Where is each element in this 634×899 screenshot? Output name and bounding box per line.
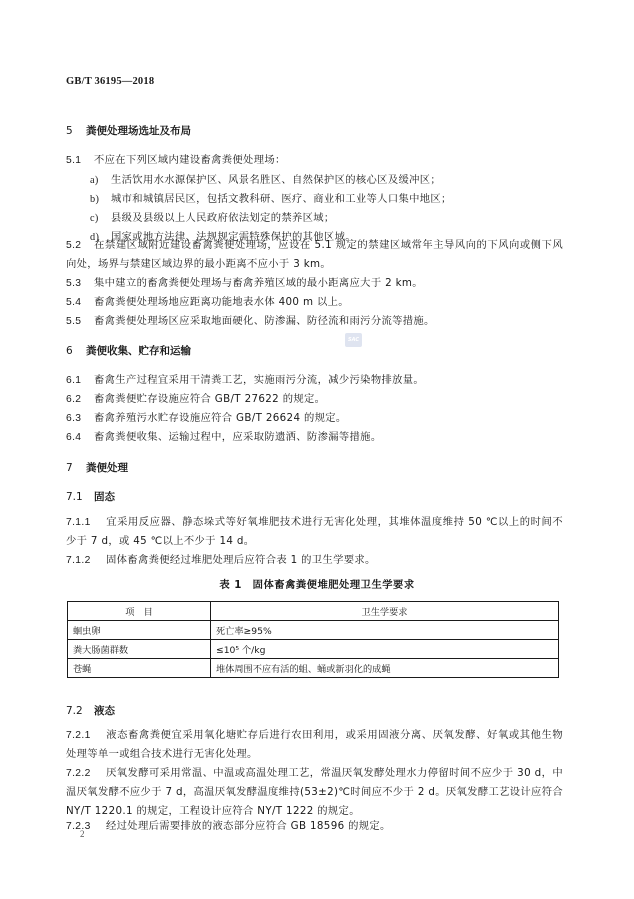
table-cell-item: 粪大肠菌群数 bbox=[68, 640, 211, 659]
clause-number: 7.2.3 bbox=[66, 817, 106, 836]
clause-text: 厌氧发酵可采用常温、中温或高温处理工艺，常温厌氧发酵处理水力停留时间不应少于 3… bbox=[66, 767, 563, 817]
list-text: 生活饮用水水源保护区、风景名胜区、自然保护区的核心区及缓冲区； bbox=[111, 174, 441, 186]
list-label: b) bbox=[90, 194, 111, 205]
table-row: 苍蝇 堆体周围不应有活的蛆、蛹或新羽化的成蝇 bbox=[68, 659, 559, 678]
standard-code-header: GB/T 36195—2018 bbox=[66, 76, 154, 87]
clause-number: 7.1.1 bbox=[66, 513, 106, 532]
list-text: 城市和城镇居民区，包括文教科研、医疗、商业和工业等人口集中地区； bbox=[111, 193, 452, 205]
section-5-heading: 5粪便处理场选址及布局 bbox=[66, 123, 191, 138]
clause-5-5: 5.5畜禽粪便处理场区应采取地面硬化、防渗漏、防径流和雨污分流等措施。 bbox=[66, 312, 435, 331]
clause-text: 畜禽养殖污水贮存设施应符合 GB/T 26624 的规定。 bbox=[94, 412, 347, 424]
section-number: 6 bbox=[66, 345, 86, 357]
list-label: a) bbox=[90, 175, 111, 186]
table-cell-item: 苍蝇 bbox=[68, 659, 211, 678]
clause-number: 7.1.2 bbox=[66, 551, 106, 570]
clause-text: 固体畜禽粪便经过堆肥处理后应符合表 1 的卫生学要求。 bbox=[106, 554, 376, 566]
table-cell-requirement: 堆体周围不应有活的蛆、蛹或新羽化的成蝇 bbox=[211, 659, 559, 678]
clause-text: 畜禽粪便处理场地应距离功能地表水体 400 m 以上。 bbox=[94, 296, 349, 308]
table-header-row: 项 目 卫生学要求 bbox=[68, 602, 559, 621]
clause-text: 畜禽粪便贮存设施应符合 GB/T 27622 的规定。 bbox=[94, 393, 325, 405]
section-title: 粪便处理 bbox=[86, 462, 128, 474]
list-label: c) bbox=[90, 213, 111, 224]
clause-text: 液态畜禽粪便宜采用氧化塘贮存后进行农田利用，或采用固液分离、厌氧发酵、好氧或其他… bbox=[66, 729, 563, 760]
clause-6-3: 6.3畜禽养殖污水贮存设施应符合 GB/T 26624 的规定。 bbox=[66, 409, 347, 428]
clause-text: 畜禽粪便收集、运输过程中，应采取防遗洒、防渗漏等措施。 bbox=[94, 431, 381, 443]
page-number: 2 bbox=[80, 829, 85, 839]
clause-number: 5.2 bbox=[66, 236, 94, 255]
clause-5-2: 5.2在禁建区域附近建设畜禽粪便处理场，应设在 5.1 规定的禁建区域常年主导风… bbox=[66, 236, 563, 274]
clause-text: 畜禽粪便处理场区应采取地面硬化、防渗漏、防径流和雨污分流等措施。 bbox=[94, 315, 435, 327]
clause-6-1: 6.1畜禽生产过程宜采用干清粪工艺，实施雨污分流，减少污染物排放量。 bbox=[66, 371, 424, 390]
section-6-heading: 6粪便收集、贮存和运输 bbox=[66, 343, 191, 358]
clause-7-2-3: 7.2.3经过处理后需要排放的液态部分应符合 GB 18596 的规定。 bbox=[66, 817, 391, 836]
table-cell-requirement: ≤10⁵ 个/kg bbox=[211, 640, 559, 659]
table-row: 粪大肠菌群数 ≤10⁵ 个/kg bbox=[68, 640, 559, 659]
section-title: 粪便处理场选址及布局 bbox=[86, 125, 191, 137]
sac-watermark-logo: SAC bbox=[345, 333, 362, 347]
subsection-7-2-heading: 7.2液态 bbox=[66, 703, 115, 718]
clause-number: 6.3 bbox=[66, 409, 94, 428]
clause-text: 在禁建区域附近建设畜禽粪便处理场，应设在 5.1 规定的禁建区域常年主导风向的下… bbox=[66, 239, 563, 270]
clause-number: 5.5 bbox=[66, 312, 94, 331]
clause-7-2-2: 7.2.2厌氧发酵可采用常温、中温或高温处理工艺，常温厌氧发酵处理水力停留时间不… bbox=[66, 764, 563, 821]
subsection-title: 液态 bbox=[94, 705, 115, 717]
clause-text: 宜采用反应器、静态垛式等好氧堆肥技术进行无害化处理，其堆体温度维持 50 ℃以上… bbox=[66, 516, 563, 547]
clause-text: 畜禽生产过程宜采用干清粪工艺，实施雨污分流，减少污染物排放量。 bbox=[94, 374, 424, 386]
clause-5-3: 5.3集中建立的畜禽粪便处理场与畜禽养殖区域的最小距离应大于 2 km。 bbox=[66, 274, 423, 293]
table-cell-requirement: 死亡率≥95% bbox=[211, 621, 559, 640]
list-text: 县级及县级以上人民政府依法划定的禁养区域； bbox=[111, 212, 335, 224]
section-7-heading: 7粪便处理 bbox=[66, 460, 128, 475]
clause-number: 5.4 bbox=[66, 293, 94, 312]
clause-text: 经过处理后需要排放的液态部分应符合 GB 18596 的规定。 bbox=[106, 820, 391, 832]
clause-6-4: 6.4畜禽粪便收集、运输过程中，应采取防遗洒、防渗漏等措施。 bbox=[66, 428, 381, 447]
clause-number: 7.2.1 bbox=[66, 726, 106, 745]
section-number: 5 bbox=[66, 125, 86, 137]
clause-7-2-1: 7.2.1液态畜禽粪便宜采用氧化塘贮存后进行农田利用，或采用固液分离、厌氧发酵、… bbox=[66, 726, 563, 764]
list-item-c: c)县级及县级以上人民政府依法划定的禁养区域； bbox=[90, 209, 335, 224]
subsection-7-1-heading: 7.1固态 bbox=[66, 489, 115, 504]
table-1-caption: 表 1 固体畜禽粪便堆肥处理卫生学要求 bbox=[0, 576, 634, 591]
clause-text: 不应在下列区域内建设畜禽粪便处理场： bbox=[94, 154, 286, 166]
table-cell-item: 蛔虫卵 bbox=[68, 621, 211, 640]
list-item-a: a)生活饮用水水源保护区、风景名胜区、自然保护区的核心区及缓冲区； bbox=[90, 171, 441, 186]
column-header-item: 项 目 bbox=[68, 602, 211, 621]
section-title: 粪便收集、贮存和运输 bbox=[86, 345, 191, 357]
column-header-requirement: 卫生学要求 bbox=[211, 602, 559, 621]
clause-7-1-1: 7.1.1宜采用反应器、静态垛式等好氧堆肥技术进行无害化处理，其堆体温度维持 5… bbox=[66, 513, 563, 551]
subsection-title: 固态 bbox=[94, 491, 115, 503]
table-1-hygiene-requirements: 项 目 卫生学要求 蛔虫卵 死亡率≥95% 粪大肠菌群数 ≤10⁵ 个/kg 苍… bbox=[67, 601, 559, 678]
clause-number: 5.3 bbox=[66, 274, 94, 293]
clause-text: 集中建立的畜禽粪便处理场与畜禽养殖区域的最小距离应大于 2 km。 bbox=[94, 277, 423, 289]
clause-number: 6.1 bbox=[66, 371, 94, 390]
clause-5-1: 5.1不应在下列区域内建设畜禽粪便处理场： bbox=[66, 151, 286, 170]
clause-7-1-2: 7.1.2固体畜禽粪便经过堆肥处理后应符合表 1 的卫生学要求。 bbox=[66, 551, 376, 570]
clause-number: 6.2 bbox=[66, 390, 94, 409]
clause-5-4: 5.4畜禽粪便处理场地应距离功能地表水体 400 m 以上。 bbox=[66, 293, 349, 312]
list-item-b: b)城市和城镇居民区，包括文教科研、医疗、商业和工业等人口集中地区； bbox=[90, 190, 452, 205]
clause-number: 6.4 bbox=[66, 428, 94, 447]
clause-6-2: 6.2畜禽粪便贮存设施应符合 GB/T 27622 的规定。 bbox=[66, 390, 325, 409]
clause-number: 5.1 bbox=[66, 151, 94, 170]
table-row: 蛔虫卵 死亡率≥95% bbox=[68, 621, 559, 640]
subsection-number: 7.2 bbox=[66, 705, 94, 717]
subsection-number: 7.1 bbox=[66, 491, 94, 503]
section-number: 7 bbox=[66, 462, 86, 474]
clause-number: 7.2.2 bbox=[66, 764, 106, 783]
